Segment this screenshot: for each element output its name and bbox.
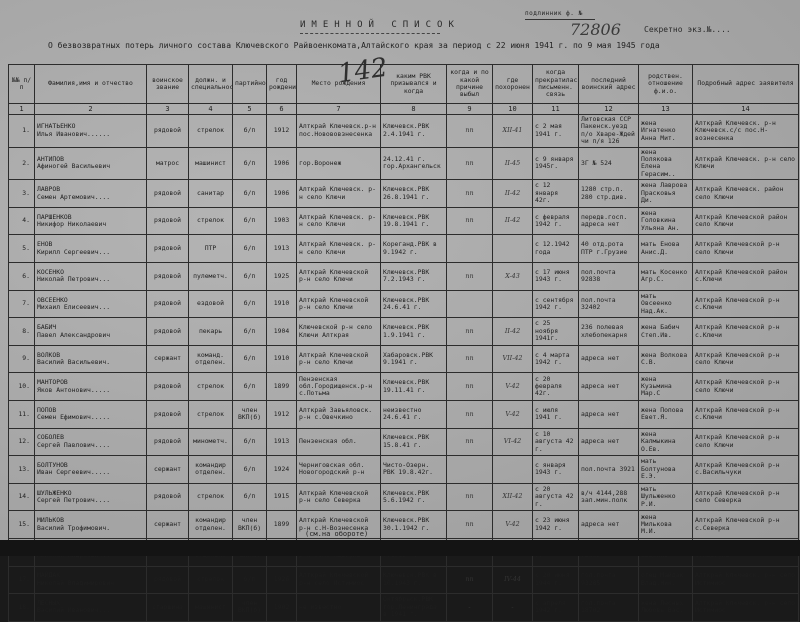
cell-party: член ВКП(б)	[233, 401, 267, 429]
first-and-patronymic: Никифор Николаевич	[37, 221, 144, 228]
table-row: 1.ИГНАТЬЕНКОИлья Иванович......рядовойст…	[9, 115, 799, 148]
cell-applicant: Алткрай Ключевск. р-н село Ключи	[693, 147, 799, 180]
cell-birthplace: Алткрай Ключевск.р-н пос.Новововзнесенка	[297, 115, 381, 148]
cell-full-name: КОСЕНКОНиколай Петрович...	[35, 263, 147, 291]
cell-year: 1910	[267, 345, 297, 373]
column-number: 2	[35, 104, 147, 115]
cell-buried: II-42	[493, 207, 533, 235]
cell-post: командир отделен.	[189, 456, 233, 484]
column-header: родствен. отношение ф.и.о.	[639, 65, 693, 104]
cell-buried: VI-42	[493, 428, 533, 456]
cell-left: пп	[447, 428, 493, 456]
cell-birthplace: Алткрай Ключевской р-н село Ключи	[297, 290, 381, 318]
column-number: 13	[639, 104, 693, 115]
cell-year: 1903	[267, 207, 297, 235]
cell-relative: жена Полякова Елена Герасим..	[639, 147, 693, 180]
column-header: где похоронен	[493, 65, 533, 104]
title-underline	[300, 33, 440, 34]
cell-rank: сержант	[147, 456, 189, 484]
table-row: 7.ОВСЕЕНКОМихаил Елисеевич...рядовойездо…	[9, 290, 799, 318]
cell-buried: XII-42	[493, 483, 533, 511]
cell-last-contact: с 2 мая 1941 г.	[533, 115, 579, 148]
cell-party: б/п	[233, 263, 267, 291]
column-header: когда и по какой причине выбыл	[447, 65, 493, 104]
cell-buried	[493, 235, 533, 263]
first-and-patronymic: Сергей Павлович....	[37, 442, 144, 449]
cell-last-contact: с 17 июня 1943 г.	[533, 263, 579, 291]
cell-relative: мать Косенко Агр.С.	[639, 263, 693, 291]
secret-label: Секретно экз.№....	[644, 25, 731, 34]
cell-party: б/п	[233, 115, 267, 148]
cell-year: 1913	[267, 428, 297, 456]
first-and-patronymic: Иван Сергеевич.....	[37, 469, 144, 476]
cell-relative: жена Попова Евет.Я.	[639, 401, 693, 429]
cell-birthplace: Алткрай Ключевской р-н село Ключи	[297, 345, 381, 373]
cell-drafted: 24.12.41 г. гор.Архангельск	[381, 147, 447, 180]
column-header: Место рождения	[297, 65, 381, 104]
table-row: 11.ПОПОВСемен Ефимович.....рядовойстрело…	[9, 401, 799, 429]
column-header: партийность	[233, 65, 267, 104]
column-header: №№ п/п	[9, 65, 35, 104]
column-number: 14	[693, 104, 799, 115]
table-row: 6.КОСЕНКОНиколай Петрович...рядовойпулем…	[9, 263, 799, 291]
cell-left: пп	[447, 345, 493, 373]
cell-year: 1924	[267, 456, 297, 484]
cell-no: 10.	[9, 373, 35, 401]
cell-party: б/п	[233, 428, 267, 456]
first-and-patronymic: Афиногей Васильевич	[37, 163, 144, 170]
cell-party: б/п	[233, 345, 267, 373]
cell-birthplace: Пензенская обл.	[297, 428, 381, 456]
cell-relative: мать Еновa Анис.Д.	[639, 235, 693, 263]
first-and-patronymic: Василий Васильевич.	[37, 359, 144, 366]
cell-full-name: БАБИЧПавел Александрович	[35, 318, 147, 346]
cell-left: пп	[447, 147, 493, 180]
cell-no: 3.	[9, 180, 35, 208]
cell-birthplace: Алткрай Ключевской р-н село Северка	[297, 483, 381, 511]
table-row: 13.БОЛТУНОВИван Сергеевич.....сержантком…	[9, 456, 799, 484]
cell-last-contact: с 20 августа 42 г.	[533, 483, 579, 511]
cell-full-name: ОВСЕЕНКОМихаил Елисеевич...	[35, 290, 147, 318]
cell-left: пп	[447, 373, 493, 401]
cell-applicant: Алткрай Ключевской р-н село Ключи	[693, 428, 799, 456]
cell-last-contact: с июля 1941 г.	[533, 401, 579, 429]
cell-full-name: ИГНАТЬЕНКОИлья Иванович......	[35, 115, 147, 148]
cell-drafted: Ключевск.РВК 2.4.1941 г.	[381, 115, 447, 148]
column-number: 12	[579, 104, 639, 115]
cell-birthplace: Алткрай Завьяловск. р-н с.Овечкино	[297, 401, 381, 429]
cell-no: 13.	[9, 456, 35, 484]
cell-left: пп	[447, 483, 493, 511]
column-number: 10	[493, 104, 533, 115]
cell-applicant: Алткрай Ключевской р-н село Ключи	[693, 345, 799, 373]
cell-no: 11.	[9, 401, 35, 429]
cell-left: пп	[447, 318, 493, 346]
cell-address: пол.почта 3921	[579, 456, 639, 484]
cell-party: б/п	[233, 456, 267, 484]
cell-last-contact: с 9 января 1945г.	[533, 147, 579, 180]
cell-last-contact: с 23 июня 1942 г.	[533, 511, 579, 539]
cell-year: 1904	[267, 318, 297, 346]
cell-applicant: Алткрай Ключевской р-н село Северка	[693, 483, 799, 511]
cell-applicant: Алткрай Ключевской р-н с.Северка	[693, 511, 799, 539]
column-header: каким РВК призывался и когда	[381, 65, 447, 104]
column-header: когда прекратилась письменн. связь	[533, 65, 579, 104]
cell-rank: рядовой	[147, 263, 189, 291]
cell-drafted: Ключевск.РВК 1.9.1941 г.	[381, 318, 447, 346]
column-number: 6	[267, 104, 297, 115]
cell-post: ПТР	[189, 235, 233, 263]
column-number: 3	[147, 104, 189, 115]
cell-address: в/ч 4144,288 зап.мин.полк	[579, 483, 639, 511]
archive-stamp: подлинник ф. №	[525, 10, 583, 17]
cell-left	[447, 456, 493, 484]
cell-year: 1912	[267, 115, 297, 148]
cell-relative: жена Бабич Степ.Ив.	[639, 318, 693, 346]
cell-address: ЗГ № 524	[579, 147, 639, 180]
cell-post: командир отделен.	[189, 511, 233, 539]
cell-rank: рядовой	[147, 180, 189, 208]
first-and-patronymic: Михаил Елисеевич...	[37, 304, 144, 311]
cell-relative: жена Калмыкина О.Ев.	[639, 428, 693, 456]
cell-no: 8.	[9, 318, 35, 346]
cell-post: минометч.	[189, 428, 233, 456]
document-sheet: подлинник ф. № ИМЕННОЙ СПИСОК 72806 Секр…	[0, 0, 800, 548]
cell-buried: VII-42	[493, 345, 533, 373]
table-row: 9.ВОЛКОВВасилий Васильевич.сержанткоманд…	[9, 345, 799, 373]
cell-relative: мать Шульженко Р.И.	[639, 483, 693, 511]
cell-left: пп	[447, 511, 493, 539]
cell-party: б/п	[233, 318, 267, 346]
cell-relative: жена Милькова М.И.	[639, 511, 693, 539]
cell-post: стрелок	[189, 483, 233, 511]
table-body: 1.ИГНАТЬЕНКОИлья Иванович......рядовойст…	[9, 115, 799, 557]
cell-left	[447, 290, 493, 318]
see-reverse-note: (см.на обороте)	[305, 530, 368, 538]
scan-bottom-edge	[0, 540, 800, 556]
cell-drafted: Ключевск.РВК 30.1.1942 г.	[381, 511, 447, 539]
cell-address: передв.госп. адреса нет	[579, 207, 639, 235]
column-number: 7	[297, 104, 381, 115]
cell-buried: V-42	[493, 401, 533, 429]
table-row: 10.МАНТОРОВЯков Антонович.....рядовойстр…	[9, 373, 799, 401]
cell-relative: жена Игнатенко Анна Мит.	[639, 115, 693, 148]
cell-address: адреса нет	[579, 511, 639, 539]
cell-relative: мать Овсеенко Над.Ак.	[639, 290, 693, 318]
cell-no: 9.	[9, 345, 35, 373]
cell-post: машинист	[189, 147, 233, 180]
first-and-patronymic: Николай Петрович...	[37, 276, 144, 283]
cell-address: адреса нет	[579, 401, 639, 429]
cell-address: пол.почта 92838	[579, 263, 639, 291]
cell-full-name: ШУЛЬЖЕНКОСергей Петрович....	[35, 483, 147, 511]
cell-full-name: АНТИПОВАфиногей Васильевич	[35, 147, 147, 180]
cell-address: адреса нет	[579, 428, 639, 456]
cell-drafted: Чисто-Озерн. РВК 19.8.42г.	[381, 456, 447, 484]
cell-applicant: Алткрай Ключевской р-н с.Васильчуки	[693, 456, 799, 484]
cell-left: пп	[447, 263, 493, 291]
cell-buried	[493, 290, 533, 318]
cell-drafted: неизвестно 24.6.41 г.	[381, 401, 447, 429]
cell-no: 12.	[9, 428, 35, 456]
cell-birthplace: Алткрай Ключевской р-н село Ключи	[297, 263, 381, 291]
column-number: 11	[533, 104, 579, 115]
cell-year: 1899	[267, 511, 297, 539]
cell-rank: рядовой	[147, 290, 189, 318]
cell-party: б/п	[233, 235, 267, 263]
cell-post: пекарь	[189, 318, 233, 346]
cell-left: пп	[447, 115, 493, 148]
cell-birthplace: Алткрай Ключевск. р-н село Ключи	[297, 235, 381, 263]
cell-last-contact: с 20 февраля 42г.	[533, 373, 579, 401]
cell-relative: мать Болтунова Е.Э.	[639, 456, 693, 484]
cell-rank: рядовой	[147, 235, 189, 263]
cell-last-contact: с сентября 1942 г.	[533, 290, 579, 318]
first-and-patronymic: Кирилл Сергеевич...	[37, 249, 144, 256]
cell-year: 1925	[267, 263, 297, 291]
cell-left	[447, 235, 493, 263]
cell-relative: жена Кузьмина Мар.С	[639, 373, 693, 401]
column-number-row: 1234567891011121314	[9, 104, 799, 115]
cell-party: член ВКП(б)	[233, 511, 267, 539]
cell-applicant: Алткрай Ключевской р-н село Ключи	[693, 235, 799, 263]
cell-last-contact: с января 1943 г.	[533, 456, 579, 484]
cell-rank: рядовой	[147, 207, 189, 235]
cell-birthplace: Черниговская обл. Новогородский р-н	[297, 456, 381, 484]
cell-address: пол.почта 32402	[579, 290, 639, 318]
cell-applicant: Алткрай Ключевск. р-н Ключевск.с/с пос.Н…	[693, 115, 799, 148]
cell-post: стрелок	[189, 207, 233, 235]
cell-party: б/п	[233, 373, 267, 401]
cell-address: адреса нет	[579, 345, 639, 373]
cell-applicant: Алткрай Ключевской р-н с.Ключи	[693, 290, 799, 318]
cell-rank: рядовой	[147, 428, 189, 456]
cell-no: 6.	[9, 263, 35, 291]
cell-rank: рядовой	[147, 318, 189, 346]
cell-buried: XII-41	[493, 115, 533, 148]
cell-party: б/п	[233, 147, 267, 180]
cell-year: 1915	[267, 483, 297, 511]
cell-rank: рядовой	[147, 401, 189, 429]
cell-full-name: ПАРШЕНКОВНикифор Николаевич	[35, 207, 147, 235]
table-row: 2.АНТИПОВАфиногей Васильевичматросмашини…	[9, 147, 799, 180]
cell-last-contact: с 4 марта 1942 г.	[533, 345, 579, 373]
table-row: 8.БАБИЧПавел Александровичрядовойпекарьб…	[9, 318, 799, 346]
table-row: 14.ШУЛЬЖЕНКОСергей Петрович....рядовойст…	[9, 483, 799, 511]
cell-relative: жена Волкова С.В.	[639, 345, 693, 373]
first-and-patronymic: Сергей Петрович....	[37, 497, 144, 504]
cell-buried: II-45	[493, 147, 533, 180]
document-subtitle: О безвозвратных потерь личного состава К…	[48, 41, 660, 50]
cell-post: команд. отделен.	[189, 345, 233, 373]
cell-no: 5.	[9, 235, 35, 263]
column-header: Подробный адрес заявителя	[693, 65, 799, 104]
cell-drafted: Ключевск.РВК 15.8.41 г.	[381, 428, 447, 456]
casualty-table: №№ п/пФамилия,имя и отчествовоинское зва…	[8, 64, 799, 556]
cell-birthplace: гор.Воронеж	[297, 147, 381, 180]
cell-rank: сержант	[147, 345, 189, 373]
cell-no: 15.	[9, 511, 35, 539]
cell-left: пп	[447, 207, 493, 235]
cell-last-contact: с 25 ноября 1941г.	[533, 318, 579, 346]
cell-post: стрелок	[189, 401, 233, 429]
cell-rank: рядовой	[147, 373, 189, 401]
cell-year: 1899	[267, 373, 297, 401]
cell-no: 1.	[9, 115, 35, 148]
cell-drafted: Ключевск.РВК 5.6.1942 г.	[381, 483, 447, 511]
cell-birthplace: Пензенская обл.Городищенск.р-н с.Потьма	[297, 373, 381, 401]
cell-birthplace: Алткрай Ключевск. р-н село Ключи	[297, 207, 381, 235]
cell-post: стрелок	[189, 115, 233, 148]
column-number: 9	[447, 104, 493, 115]
cell-drafted: Ключевск.РВК 24.6.41 г.	[381, 290, 447, 318]
first-and-patronymic: Семен Артемович....	[37, 194, 144, 201]
cell-applicant: Алткрай Ключевской р-н с.Ключи	[693, 401, 799, 429]
cell-post: стрелок	[189, 373, 233, 401]
cell-birthplace: Алткрай Ключевск. р-н село Ключи	[297, 180, 381, 208]
cell-applicant: Алткрай Ключевской р-н село Ключи	[693, 373, 799, 401]
cell-party: б/п	[233, 207, 267, 235]
table-row: 12.СОБОЛЕВСергей Павлович....рядовоймино…	[9, 428, 799, 456]
cell-rank: рядовой	[147, 115, 189, 148]
cell-party: б/п	[233, 483, 267, 511]
first-and-patronymic: Семен Ефимович.....	[37, 414, 144, 421]
cell-applicant: Алткрай Ключевской район село Ключи	[693, 207, 799, 235]
cell-applicant: Алткрай Ключевской район с.Ключи	[693, 263, 799, 291]
cell-full-name: МИЛЬКОВВасилий Трофимович.	[35, 511, 147, 539]
cell-last-contact: с 12 января 42г.	[533, 180, 579, 208]
cell-relative: жена Головкина Ульяна Ан.	[639, 207, 693, 235]
column-number: 1	[9, 104, 35, 115]
cell-buried	[493, 456, 533, 484]
cell-year: 1912	[267, 401, 297, 429]
cell-left: пп	[447, 180, 493, 208]
cell-relative: жена Лаврова Прасковья Ди.	[639, 180, 693, 208]
cell-address: 236 полевая хлебопекарня	[579, 318, 639, 346]
cell-buried: X-43	[493, 263, 533, 291]
cell-drafted: Ключевск.РВК 19.8.1941 г.	[381, 207, 447, 235]
cell-post: пулеметч.	[189, 263, 233, 291]
first-and-patronymic: Павел Александрович	[37, 332, 144, 339]
cell-rank: сержант	[147, 511, 189, 539]
cell-no: 14.	[9, 483, 35, 511]
table-row: 3.ЛАВРОВСемен Артемович....рядовойсанита…	[9, 180, 799, 208]
cell-drafted: Кореганд.РВК в 9.1942 г.	[381, 235, 447, 263]
cell-last-contact: с февраля 1942 г.	[533, 207, 579, 235]
cell-no: 7.	[9, 290, 35, 318]
cell-address: Литовская ССР Пакенск.уезд п/о Хваре-Жде…	[579, 115, 639, 148]
cell-birthplace: Ключевской р-н село Ключи Алткрая	[297, 318, 381, 346]
cell-drafted: Хабаровск.РВК 9.1941 г.	[381, 345, 447, 373]
cell-party: б/п	[233, 180, 267, 208]
cell-buried: II-42	[493, 318, 533, 346]
cell-full-name: МАНТОРОВЯков Антонович.....	[35, 373, 147, 401]
cell-address: адреса нет	[579, 373, 639, 401]
first-and-patronymic: Илья Иванович......	[37, 131, 144, 138]
cell-post: ездовой	[189, 290, 233, 318]
cell-left: пп	[447, 401, 493, 429]
column-number: 5	[233, 104, 267, 115]
cell-full-name: БОЛТУНОВИван Сергеевич.....	[35, 456, 147, 484]
column-header: должн. и специальность	[189, 65, 233, 104]
column-header: Фамилия,имя и отчество	[35, 65, 147, 104]
table-row: 15.МИЛЬКОВВасилий Трофимович.сержанткома…	[9, 511, 799, 539]
column-number: 4	[189, 104, 233, 115]
cell-buried: V-42	[493, 373, 533, 401]
cell-buried: II-42	[493, 180, 533, 208]
table-row: 5.ЕНОВКирилл Сергеевич...рядовойПТРб/п19…	[9, 235, 799, 263]
cell-year: 1910	[267, 290, 297, 318]
first-and-patronymic: Яков Антонович.....	[37, 387, 144, 394]
cell-applicant: Алткрай Ключевск. район село Ключи	[693, 180, 799, 208]
cell-year: 1913	[267, 235, 297, 263]
cell-no: 4.	[9, 207, 35, 235]
cell-full-name: СОБОЛЕВСергей Павлович....	[35, 428, 147, 456]
cell-address: 1280 стр.п. 280 стр.див.	[579, 180, 639, 208]
column-header: последний воинский адрес	[579, 65, 639, 104]
cell-address: 40 отд.рота ПТР г.Грузие	[579, 235, 639, 263]
cell-applicant: Алткрай Ключевской р-н с.Ключи	[693, 318, 799, 346]
cell-drafted: Ключевск.РВК 7.2.1943 г.	[381, 263, 447, 291]
document-title: ИМЕННОЙ СПИСОК	[300, 20, 460, 30]
cell-full-name: ПОПОВСемен Ефимович.....	[35, 401, 147, 429]
header-row: №№ п/пФамилия,имя и отчествовоинское зва…	[9, 65, 799, 104]
cell-year: 1906	[267, 180, 297, 208]
cell-rank: матрос	[147, 147, 189, 180]
cell-post: санитар	[189, 180, 233, 208]
first-and-patronymic: Василий Трофимович.	[37, 525, 144, 532]
column-number: 8	[381, 104, 447, 115]
cell-full-name: ЕНОВКирилл Сергеевич...	[35, 235, 147, 263]
column-header: воинское звание	[147, 65, 189, 104]
cell-full-name: ЛАВРОВСемен Артемович....	[35, 180, 147, 208]
cell-last-contact: с 10 августа 42 г.	[533, 428, 579, 456]
handwritten-archive-number: 72806	[570, 20, 621, 39]
cell-rank: рядовой	[147, 483, 189, 511]
table-row: 4.ПАРШЕНКОВНикифор Николаевичрядовойстре…	[9, 207, 799, 235]
cell-drafted: Ключевск.РВК 26.8.1941 г.	[381, 180, 447, 208]
cell-buried: V-42	[493, 511, 533, 539]
cell-last-contact: с 12.1942 года	[533, 235, 579, 263]
cell-year: 1906	[267, 147, 297, 180]
cell-party: б/п	[233, 290, 267, 318]
column-header: год рождения	[267, 65, 297, 104]
cell-full-name: ВОЛКОВВасилий Васильевич.	[35, 345, 147, 373]
cell-drafted: Ключевск.РВК 19.11.41 г.	[381, 373, 447, 401]
cell-no: 2.	[9, 147, 35, 180]
